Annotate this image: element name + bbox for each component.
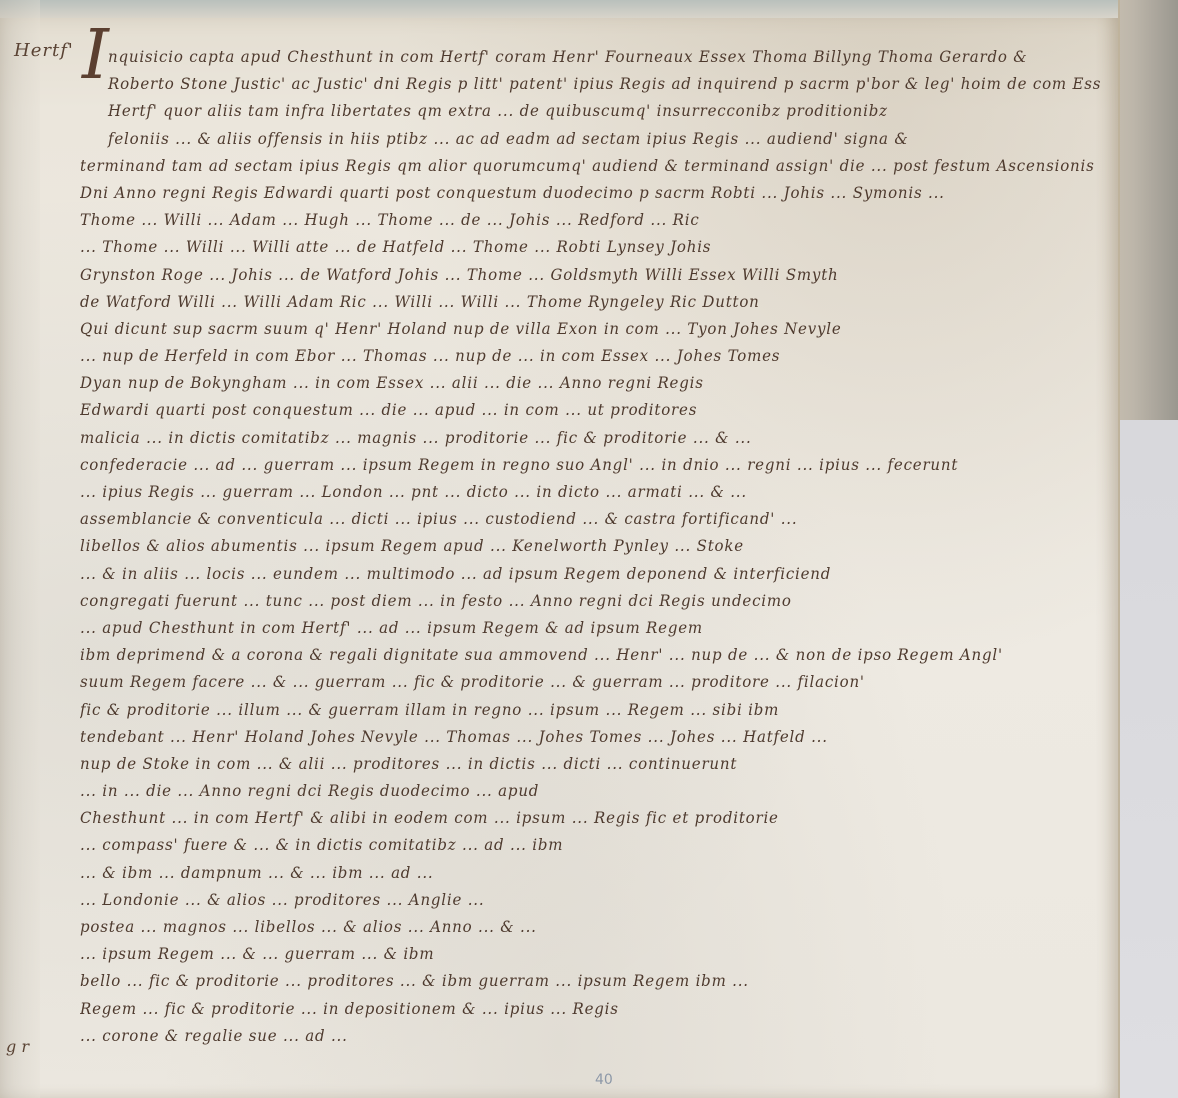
manuscript-line: Grynston Roge ... Johis ... de Watford J… <box>80 261 1100 290</box>
manuscript-line: fic & proditorie ... illum ... & guerram… <box>80 696 1100 725</box>
folio-number: 40 <box>595 1072 613 1088</box>
manuscript-line: libellos & alios abumentis ... ipsum Reg… <box>80 533 1100 562</box>
margin-note-bottom: g r <box>6 1037 29 1056</box>
manuscript-line: feloniis ... & aliis offensis in hiis pt… <box>80 125 1100 154</box>
manuscript-line: ... ipsum Regem ... & ... guerram ... & … <box>80 941 1100 970</box>
manuscript-line: ... & in aliis ... locis ... eundem ... … <box>80 560 1100 589</box>
manuscript-line: ... Londonie ... & alios ... proditores … <box>80 886 1100 915</box>
manuscript-line: ... in ... die ... Anno regni dci Regis … <box>80 777 1100 806</box>
manuscript-line: ... Thome ... Willi ... Willi atte ... d… <box>80 234 1100 263</box>
manuscript-line: Chesthunt ... in com Hertf' & alibi in e… <box>80 805 1100 834</box>
manuscript-line: suum Regem facere ... & ... guerram ... … <box>80 669 1100 698</box>
manuscript-text: nquisicio capta apud Chesthunt in com He… <box>80 44 1100 1050</box>
manuscript-line: terminand tam ad sectam ipius Regis qm a… <box>80 152 1100 181</box>
manuscript-line: ... & ibm ... dampnum ... & ... ibm ... … <box>80 859 1100 888</box>
manuscript-line: ... ipius Regis ... guerram ... London .… <box>80 478 1100 507</box>
manuscript-line: Dyan nup de Bokyngham ... in com Essex .… <box>80 370 1100 399</box>
manuscript-line: Dni Anno regni Regis Edwardi quarti post… <box>80 179 1100 208</box>
manuscript-line: Qui dicunt sup sacrm suum q' Henr' Holan… <box>80 315 1100 344</box>
manuscript-line: ... corone & regalie sue ... ad ... <box>80 1022 1100 1051</box>
manuscript-line: congregati fuerunt ... tunc ... post die… <box>80 587 1100 616</box>
manuscript-line: ... compass' fuere & ... & in dictis com… <box>80 832 1100 861</box>
manuscript-line: bello ... fic & proditorie ... proditore… <box>80 968 1100 997</box>
manuscript-line: postea ... magnos ... libellos ... & ali… <box>80 913 1100 942</box>
left-rolled-edge <box>0 0 40 1098</box>
manuscript-line: assemblancie & conventicula ... dicti ..… <box>80 506 1100 535</box>
manuscript-line: ibm deprimend & a corona & regali dignit… <box>80 641 1100 670</box>
manuscript-line: tendebant ... Henr' Holand Johes Nevyle … <box>80 723 1100 752</box>
parchment-top-edge <box>0 0 1118 18</box>
manuscript-line: Regem ... fic & proditorie ... in deposi… <box>80 995 1100 1024</box>
manuscript-line: confederacie ... ad ... guerram ... ipsu… <box>80 451 1100 480</box>
manuscript-line: Roberto Stone Justic' ac Justic' dni Reg… <box>80 71 1100 100</box>
manuscript-line: nup de Stoke in com ... & alii ... prodi… <box>80 750 1100 779</box>
manuscript-line: ... nup de Herfeld in com Ebor ... Thoma… <box>80 342 1100 371</box>
manuscript-line: Edwardi quarti post conquestum ... die .… <box>80 397 1100 426</box>
manuscript-line: nquisicio capta apud Chesthunt in com He… <box>80 43 1100 72</box>
manuscript-line: de Watford Willi ... Willi Adam Ric ... … <box>80 288 1100 317</box>
manuscript-line: malicia ... in dictis comitatibz ... mag… <box>80 424 1100 453</box>
manuscript-line: Hertf' quor aliis tam infra libertates q… <box>80 98 1100 127</box>
manuscript-line: Thome ... Willi ... Adam ... Hugh ... Th… <box>80 206 1100 235</box>
margin-note-county: Hertf' <box>14 40 74 61</box>
manuscript-line: ... apud Chesthunt in com Hertf' ... ad … <box>80 614 1100 643</box>
